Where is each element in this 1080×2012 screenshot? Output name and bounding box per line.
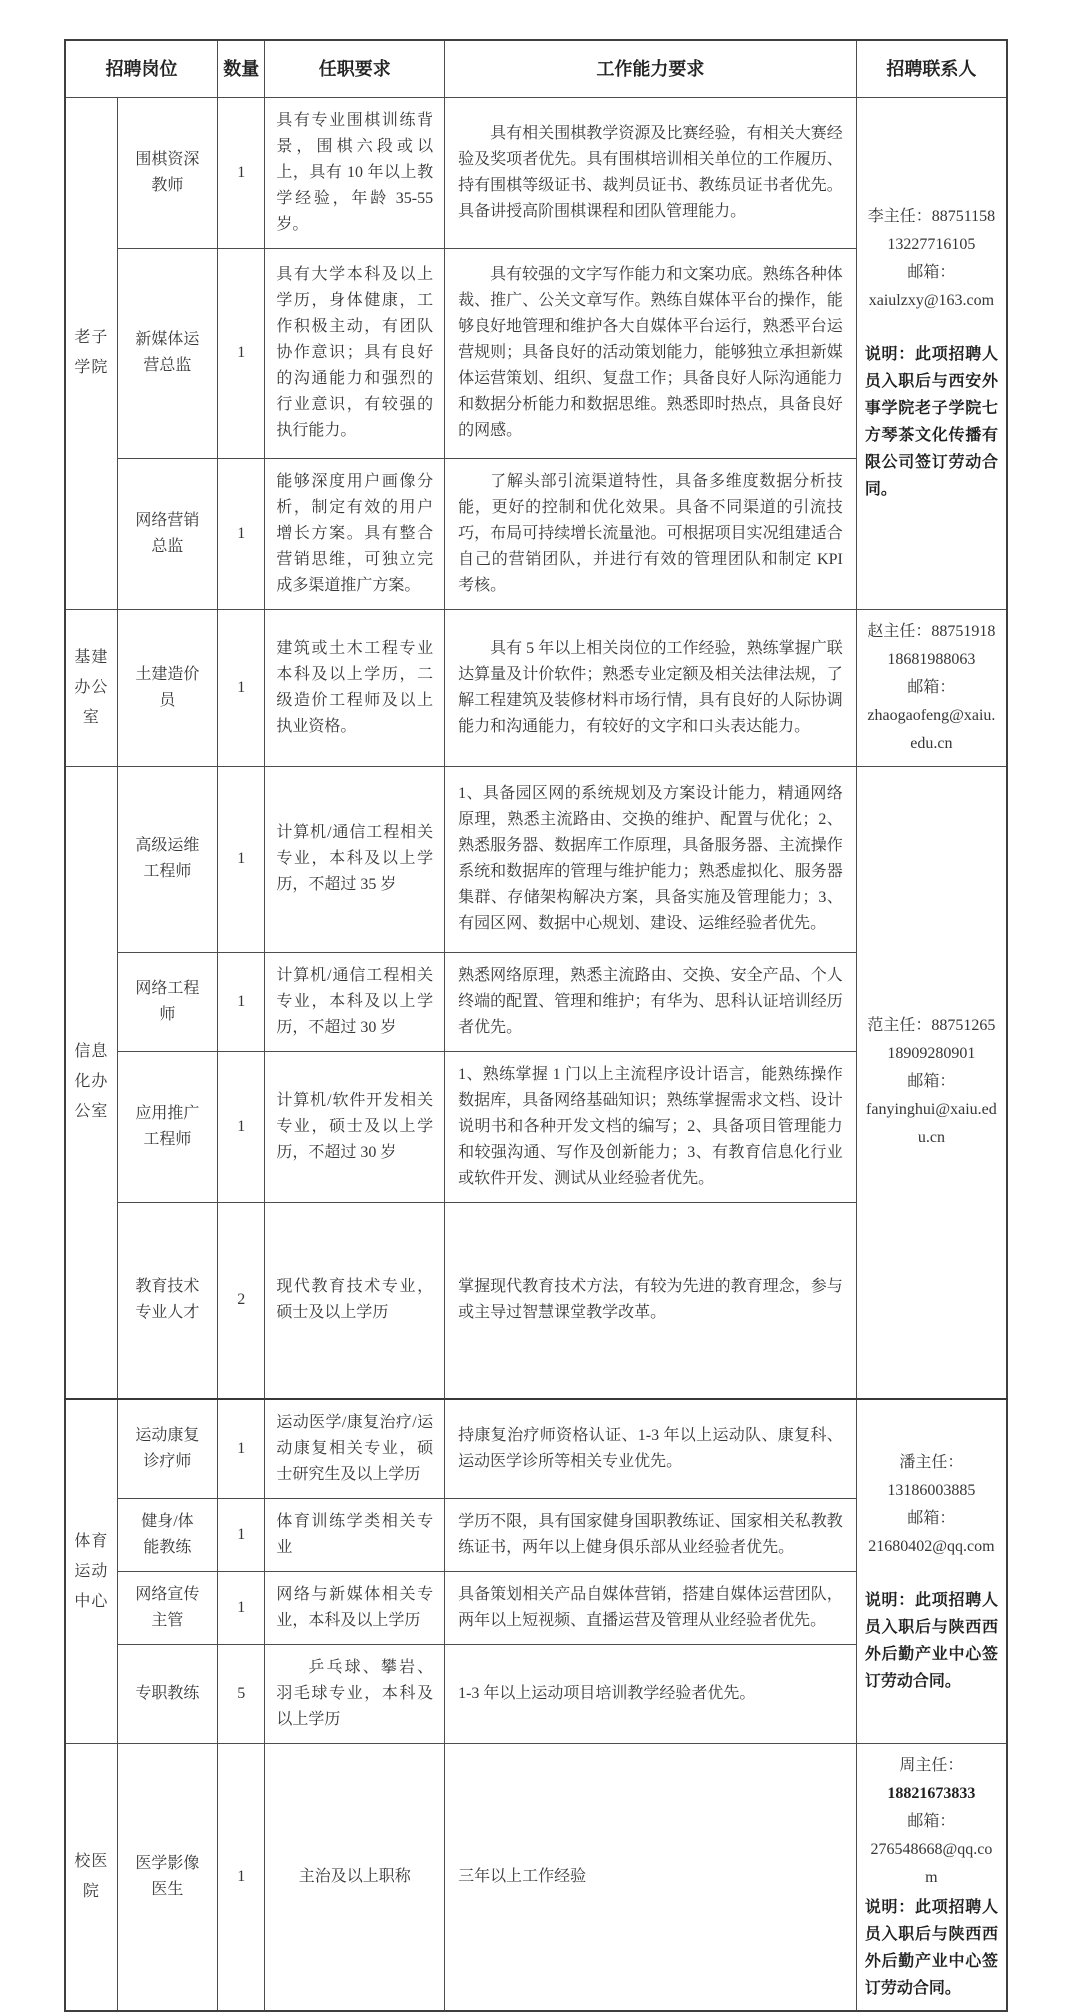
count-cell: 5 (218, 1645, 265, 1744)
table-header-row: 招聘岗位 数量 任职要求 工作能力要求 招聘联系人 (65, 40, 1007, 97)
position-cell: 专职教练 (117, 1645, 217, 1744)
position-cell: 网络宣传主管 (117, 1572, 217, 1645)
contact-name: 潘主任： (865, 1449, 998, 1477)
requirements-cell: 现代教育技术专业，硕士及以上学历 (265, 1202, 445, 1399)
requirements-cell: 主治及以上职称 (265, 1744, 445, 2012)
count-cell: 1 (218, 1499, 265, 1572)
abilities-cell: 1、熟练掌握 1 门以上主流程序设计语言，能熟练操作数据库，具备网络基础知识；熟… (445, 1051, 857, 1202)
department-cell: 体育运动中心 (65, 1399, 117, 1744)
header-requirements: 任职要求 (265, 40, 445, 97)
header-abilities: 工作能力要求 (445, 40, 857, 97)
abilities-cell: 持康复治疗师资格认证、1-3 年以上运动队、康复科、运动医学诊所等相关专业优先。 (445, 1399, 857, 1499)
count-cell: 2 (218, 1202, 265, 1399)
count-cell: 1 (218, 248, 265, 458)
table-row: 基建办公室 土建造价员 1 建筑或土木工程专业本科及以上学历，二级造价工程师及以… (65, 609, 1007, 766)
contact-email: fanyinghui@xaiu.edu.cn (865, 1096, 998, 1152)
table-row: 校医院 医学影像医生 1 主治及以上职称 三年以上工作经验 周主任： 18821… (65, 1744, 1007, 2012)
contact-email-label: 邮箱： (865, 1808, 998, 1836)
contact-phone: 18909280901 (865, 1040, 998, 1068)
contact-email: xaiulzxy@163.com (865, 287, 998, 315)
contact-email: 21680402@qq.com (865, 1533, 998, 1561)
requirements-cell: 计算机/通信工程相关专业，本科及以上学历，不超过 35 岁 (265, 766, 445, 952)
contact-cell: 周主任： 18821673833 邮箱： 276548668@qq.com 说明… (856, 1744, 1007, 2012)
count-cell: 1 (218, 458, 265, 609)
position-cell: 围棋资深教师 (117, 97, 217, 248)
requirements-cell: 建筑或土木工程专业本科及以上学历，二级造价工程师及以上执业资格。 (265, 609, 445, 766)
count-cell: 1 (218, 1051, 265, 1202)
count-cell: 1 (218, 97, 265, 248)
contact-note: 说明：此项招聘人员入职后与陕西西外后勤产业中心签订劳动合同。 (865, 1894, 998, 2002)
abilities-cell: 具有 5 年以上相关岗位的工作经验，熟练掌握广联达算量及计价软件；熟悉专业定额及… (445, 609, 857, 766)
department-cell: 信息化办公室 (65, 766, 117, 1399)
count-cell: 1 (218, 952, 265, 1051)
position-cell: 网络营销总监 (117, 458, 217, 609)
abilities-cell: 具有较强的文字写作能力和文案功底。熟练各种体裁、推广、公关文章写作。熟练自媒体平… (445, 248, 857, 458)
recruitment-table: 招聘岗位 数量 任职要求 工作能力要求 招聘联系人 老子学院 围棋资深教师 1 … (64, 39, 1008, 2012)
requirements-cell: 体育训练学类相关专业 (265, 1499, 445, 1572)
contact-cell: 范主任：88751265 18909280901 邮箱： fanyinghui@… (856, 766, 1007, 1399)
department-cell: 校医院 (65, 1744, 117, 2012)
requirements-cell: 乒乓球、攀岩、羽毛球专业，本科及以上学历 (265, 1645, 445, 1744)
contact-phone: 13227716105 (865, 231, 998, 259)
contact-note: 说明：此项招聘人员入职后与西安外事学院老子学院七方琴茶文化传播有限公司签订劳动合… (865, 341, 998, 503)
header-count: 数量 (218, 40, 265, 97)
table-row: 体育运动中心 运动康复诊疗师 1 运动医学/康复治疗/运动康复相关专业，硕士研究… (65, 1399, 1007, 1499)
abilities-cell: 了解头部引流渠道特性，具备多维度数据分析技能，更好的控制和优化效果。具备不同渠道… (445, 458, 857, 609)
count-cell: 1 (218, 1572, 265, 1645)
header-position: 招聘岗位 (65, 40, 218, 97)
position-cell: 新媒体运营总监 (117, 248, 217, 458)
position-cell: 医学影像医生 (117, 1744, 217, 2012)
contact-email-label: 邮箱： (865, 1068, 998, 1096)
requirements-cell: 运动医学/康复治疗/运动康复相关专业，硕士研究生及以上学历 (265, 1399, 445, 1499)
contact-email: zhaogaofeng@xaiu.edu.cn (865, 702, 998, 758)
requirements-cell: 具有大学本科及以上学历，身体健康，工作积极主动，有团队协作意识；具有良好的沟通能… (265, 248, 445, 458)
position-cell: 应用推广工程师 (117, 1051, 217, 1202)
contact-cell: 潘主任： 13186003885 邮箱： 21680402@qq.com 说明：… (856, 1399, 1007, 1744)
contact-name: 李主任：88751158 (865, 203, 998, 231)
contact-name: 赵主任：88751918 (865, 618, 998, 646)
requirements-cell: 网络与新媒体相关专业，本科及以上学历 (265, 1572, 445, 1645)
abilities-cell: 熟悉网络原理，熟悉主流路由、交换、安全产品、个人终端的配置、管理和维护；有华为、… (445, 952, 857, 1051)
header-contact: 招聘联系人 (856, 40, 1007, 97)
contact-email-label: 邮箱： (865, 1505, 998, 1533)
contact-phone: 18681988063 (865, 646, 998, 674)
abilities-cell: 掌握现代教育技术方法，有较为先进的教育理念，参与或主导过智慧课堂教学改革。 (445, 1202, 857, 1399)
table-row: 老子学院 围棋资深教师 1 具有专业围棋训练背景，围棋六段或以上，具有 10 年… (65, 97, 1007, 248)
position-cell: 健身/体能教练 (117, 1499, 217, 1572)
contact-cell: 李主任：88751158 13227716105 邮箱： xaiulzxy@16… (856, 97, 1007, 609)
count-cell: 1 (218, 1399, 265, 1499)
contact-email-label: 邮箱： (865, 259, 998, 287)
count-cell: 1 (218, 1744, 265, 2012)
abilities-cell: 具有相关围棋教学资源及比赛经验，有相关大赛经验及奖项者优先。具有围棋培训相关单位… (445, 97, 857, 248)
contact-name: 周主任： (865, 1752, 998, 1780)
requirements-cell: 能够深度用户画像分析，制定有效的用户增长方案。具有整合营销思维，可独立完成多渠道… (265, 458, 445, 609)
position-cell: 运动康复诊疗师 (117, 1399, 217, 1499)
requirements-cell: 计算机/软件开发相关专业，硕士及以上学历，不超过 30 岁 (265, 1051, 445, 1202)
department-cell: 基建办公室 (65, 609, 117, 766)
contact-email-label: 邮箱： (865, 674, 998, 702)
document-page: 招聘岗位 数量 任职要求 工作能力要求 招聘联系人 老子学院 围棋资深教师 1 … (0, 0, 1080, 1899)
abilities-cell: 三年以上工作经验 (445, 1744, 857, 2012)
contact-phone: 18821673833 (865, 1780, 998, 1808)
abilities-cell: 学历不限，具有国家健身国职教练证、国家相关私教教练证书，两年以上健身俱乐部从业经… (445, 1499, 857, 1572)
contact-cell: 赵主任：88751918 18681988063 邮箱： zhaogaofeng… (856, 609, 1007, 766)
position-cell: 高级运维工程师 (117, 766, 217, 952)
abilities-cell: 1、具备园区网的系统规划及方案设计能力，精通网络原理，熟悉主流路由、交换的维护、… (445, 766, 857, 952)
department-cell: 老子学院 (65, 97, 117, 609)
position-cell: 教育技术专业人才 (117, 1202, 217, 1399)
table-row: 信息化办公室 高级运维工程师 1 计算机/通信工程相关专业，本科及以上学历，不超… (65, 766, 1007, 952)
count-cell: 1 (218, 609, 265, 766)
contact-phone: 13186003885 (865, 1477, 998, 1505)
abilities-cell: 1-3 年以上运动项目培训教学经验者优先。 (445, 1645, 857, 1744)
requirements-cell: 具有专业围棋训练背景，围棋六段或以上，具有 10 年以上教学经验，年龄 35-5… (265, 97, 445, 248)
count-cell: 1 (218, 766, 265, 952)
position-cell: 土建造价员 (117, 609, 217, 766)
contact-email: 276548668@qq.com (865, 1836, 998, 1892)
position-cell: 网络工程师 (117, 952, 217, 1051)
contact-note: 说明：此项招聘人员入职后与陕西西外后勤产业中心签订劳动合同。 (865, 1587, 998, 1695)
abilities-cell: 具备策划相关产品自媒体营销，搭建自媒体运营团队，两年以上短视频、直播运营及管理从… (445, 1572, 857, 1645)
requirements-cell: 计算机/通信工程相关专业，本科及以上学历，不超过 30 岁 (265, 952, 445, 1051)
contact-name: 范主任：88751265 (865, 1012, 998, 1040)
